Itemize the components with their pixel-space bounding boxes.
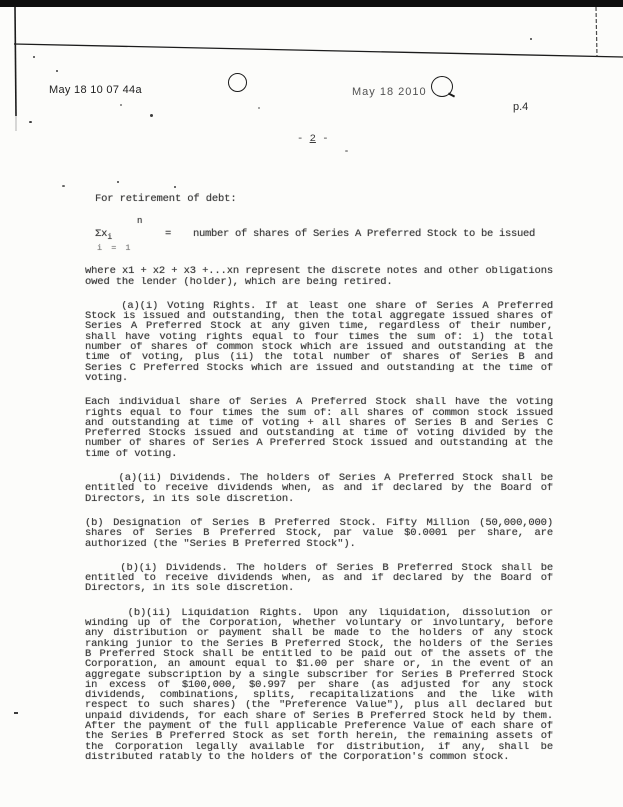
sigma-symbol: Σx bbox=[95, 228, 107, 240]
text-line: unpaid dividends, for each share of Seri… bbox=[85, 711, 553, 721]
text-line: any distribution or payment shall be mad… bbox=[85, 628, 553, 638]
summation-lower-bound: i = 1 bbox=[97, 243, 133, 253]
text-line: (b)(ii) Liquidation Rights. Upon any liq… bbox=[85, 608, 553, 618]
document-body: For retirement of debt: n Σxi = number o… bbox=[85, 194, 553, 776]
paragraph-series-b-liquidation-rights: (b)(ii) Liquidation Rights. Upon any liq… bbox=[85, 608, 553, 762]
summation-expression: Σxi bbox=[95, 229, 112, 243]
fax-page-indicator: p.4 bbox=[513, 101, 528, 113]
received-date-stamp: May 18 2010 bbox=[352, 86, 427, 98]
summation-upper-bound: n bbox=[137, 216, 142, 226]
text-line: After the payment of the full applicable… bbox=[85, 721, 553, 731]
text-line: winding up of the Corporation, whether v… bbox=[85, 618, 553, 628]
text-line: the Corporation legally available for di… bbox=[85, 742, 553, 752]
paragraph-series-b-designation: (b) Designation of Series B Preferred St… bbox=[85, 518, 553, 549]
text-line: (a)(i) Voting Rights. If at least one sh… bbox=[85, 301, 553, 311]
text-line: rights equal to four times the sum of: a… bbox=[85, 408, 553, 418]
text-line: Series A Preferred Stock at any given ti… bbox=[85, 321, 553, 331]
equals-sign: = bbox=[165, 229, 171, 239]
summation-formula: n Σxi = number of shares of Series A Pre… bbox=[95, 218, 553, 254]
text-line: shares of Series B Preferred Stock, par … bbox=[85, 528, 553, 538]
text-line: dividends, combinations, splits, recapit… bbox=[85, 690, 553, 700]
intro-line: For retirement of debt: bbox=[95, 194, 553, 204]
text-line: (b)(i) Dividends. The holders of Series … bbox=[85, 563, 553, 573]
fax-timestamp: May 18 10 07 44a bbox=[49, 84, 142, 96]
text-line: Directors, in its sole discretion. bbox=[85, 583, 553, 593]
paragraphs: where x1 + x2 + x3 +...xn represent the … bbox=[85, 266, 553, 762]
text-line: time of voting. bbox=[85, 449, 553, 459]
text-line: where x1 + x2 + x3 +...xn represent the … bbox=[85, 266, 553, 276]
text-line: (b) Designation of Series B Preferred St… bbox=[85, 518, 553, 528]
hole-punch-mark-left bbox=[228, 73, 247, 92]
text-line: Stock is issued and outstanding, then th… bbox=[85, 311, 553, 321]
text-line: voting. bbox=[85, 373, 553, 383]
text-line: entitled to receive dividends when, as a… bbox=[85, 573, 553, 583]
page-number: - 2 - bbox=[297, 133, 329, 145]
paragraph-individual-share-voting: Each individual share of Series A Prefer… bbox=[85, 397, 553, 459]
text-line: (a)(ii) Dividends. The holders of Series… bbox=[85, 473, 553, 483]
paragraph-where-clause: where x1 + x2 + x3 +...xn represent the … bbox=[85, 266, 553, 287]
paragraph-series-a-dividends: (a)(ii) Dividends. The holders of Series… bbox=[85, 473, 553, 504]
text-line: owed the lender (holder), which are bein… bbox=[85, 277, 553, 287]
text-line: time of voting, plus (ii) the total numb… bbox=[85, 352, 553, 362]
text-line: number of shares of common stock which a… bbox=[85, 342, 553, 352]
text-line: distributed ratably to the holders of th… bbox=[85, 752, 553, 762]
text-line: ranking junior to the Series B Preferred… bbox=[85, 639, 553, 649]
text-line: Corporation, an amount equal to $1.00 pe… bbox=[85, 659, 553, 669]
text-line: authorized (the "Series B Preferred Stoc… bbox=[85, 539, 553, 549]
paragraph-series-a-voting-rights: (a)(i) Voting Rights. If at least one sh… bbox=[85, 301, 553, 383]
text-line: entitled to receive dividends when, as a… bbox=[85, 483, 553, 493]
text-line: B Preferred Stock shall be entitled to b… bbox=[85, 649, 553, 659]
paragraph-series-b-dividends: (b)(i) Dividends. The holders of Series … bbox=[85, 563, 553, 594]
text-line: Preferred Stocks issued and outstanding … bbox=[85, 428, 553, 438]
text-line: aggregate subscription by a single subsc… bbox=[85, 670, 553, 680]
page-number-prefix: - bbox=[297, 133, 310, 145]
scanned-fax-page: May 18 10 07 44a May 18 2010 p.4 - 2 - F… bbox=[0, 0, 623, 807]
page-number-suffix: - bbox=[316, 133, 329, 145]
text-line: number of shares of Series A Preferred S… bbox=[85, 438, 553, 448]
text-line: Directors, in its sole discretion. bbox=[85, 494, 553, 504]
scan-edge-top-bar bbox=[0, 0, 623, 7]
formula-definition: number of shares of Series A Preferred S… bbox=[193, 229, 535, 239]
summation-index: i bbox=[107, 233, 112, 242]
text-line: the Series B Preferred Stock as set fort… bbox=[85, 731, 553, 741]
hole-punch-mark-right bbox=[431, 76, 453, 97]
text-line: and outstanding at time of voting + all … bbox=[85, 418, 553, 428]
text-line: in excess of $100,000, $0.997 per share … bbox=[85, 680, 553, 690]
text-line: Series C Preferred Stocks which are issu… bbox=[85, 363, 553, 373]
text-line: shall have voting rights equal to four t… bbox=[85, 332, 553, 342]
text-line: Each individual share of Series A Prefer… bbox=[85, 397, 553, 407]
text-line: respect to such shares) (the "Preference… bbox=[85, 700, 553, 710]
